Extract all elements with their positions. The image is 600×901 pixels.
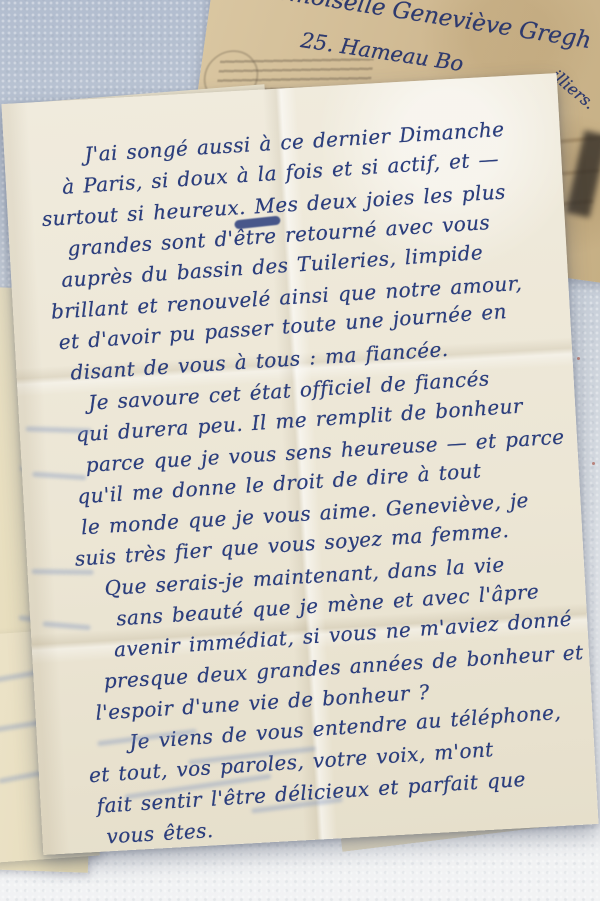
- fabric-speck: [592, 462, 595, 465]
- bleed-through-stroke: [32, 569, 94, 575]
- letter-body: J'ai songé aussi à ce dernier Dimanche à…: [4, 113, 599, 856]
- letter-page: J'ai songé aussi à ce dernier Dimanche à…: [1, 73, 598, 855]
- fabric-speck: [577, 357, 580, 360]
- letter-photo-scene: Mademoiselle Geneviève Gregh 25. Hameau …: [0, 0, 600, 901]
